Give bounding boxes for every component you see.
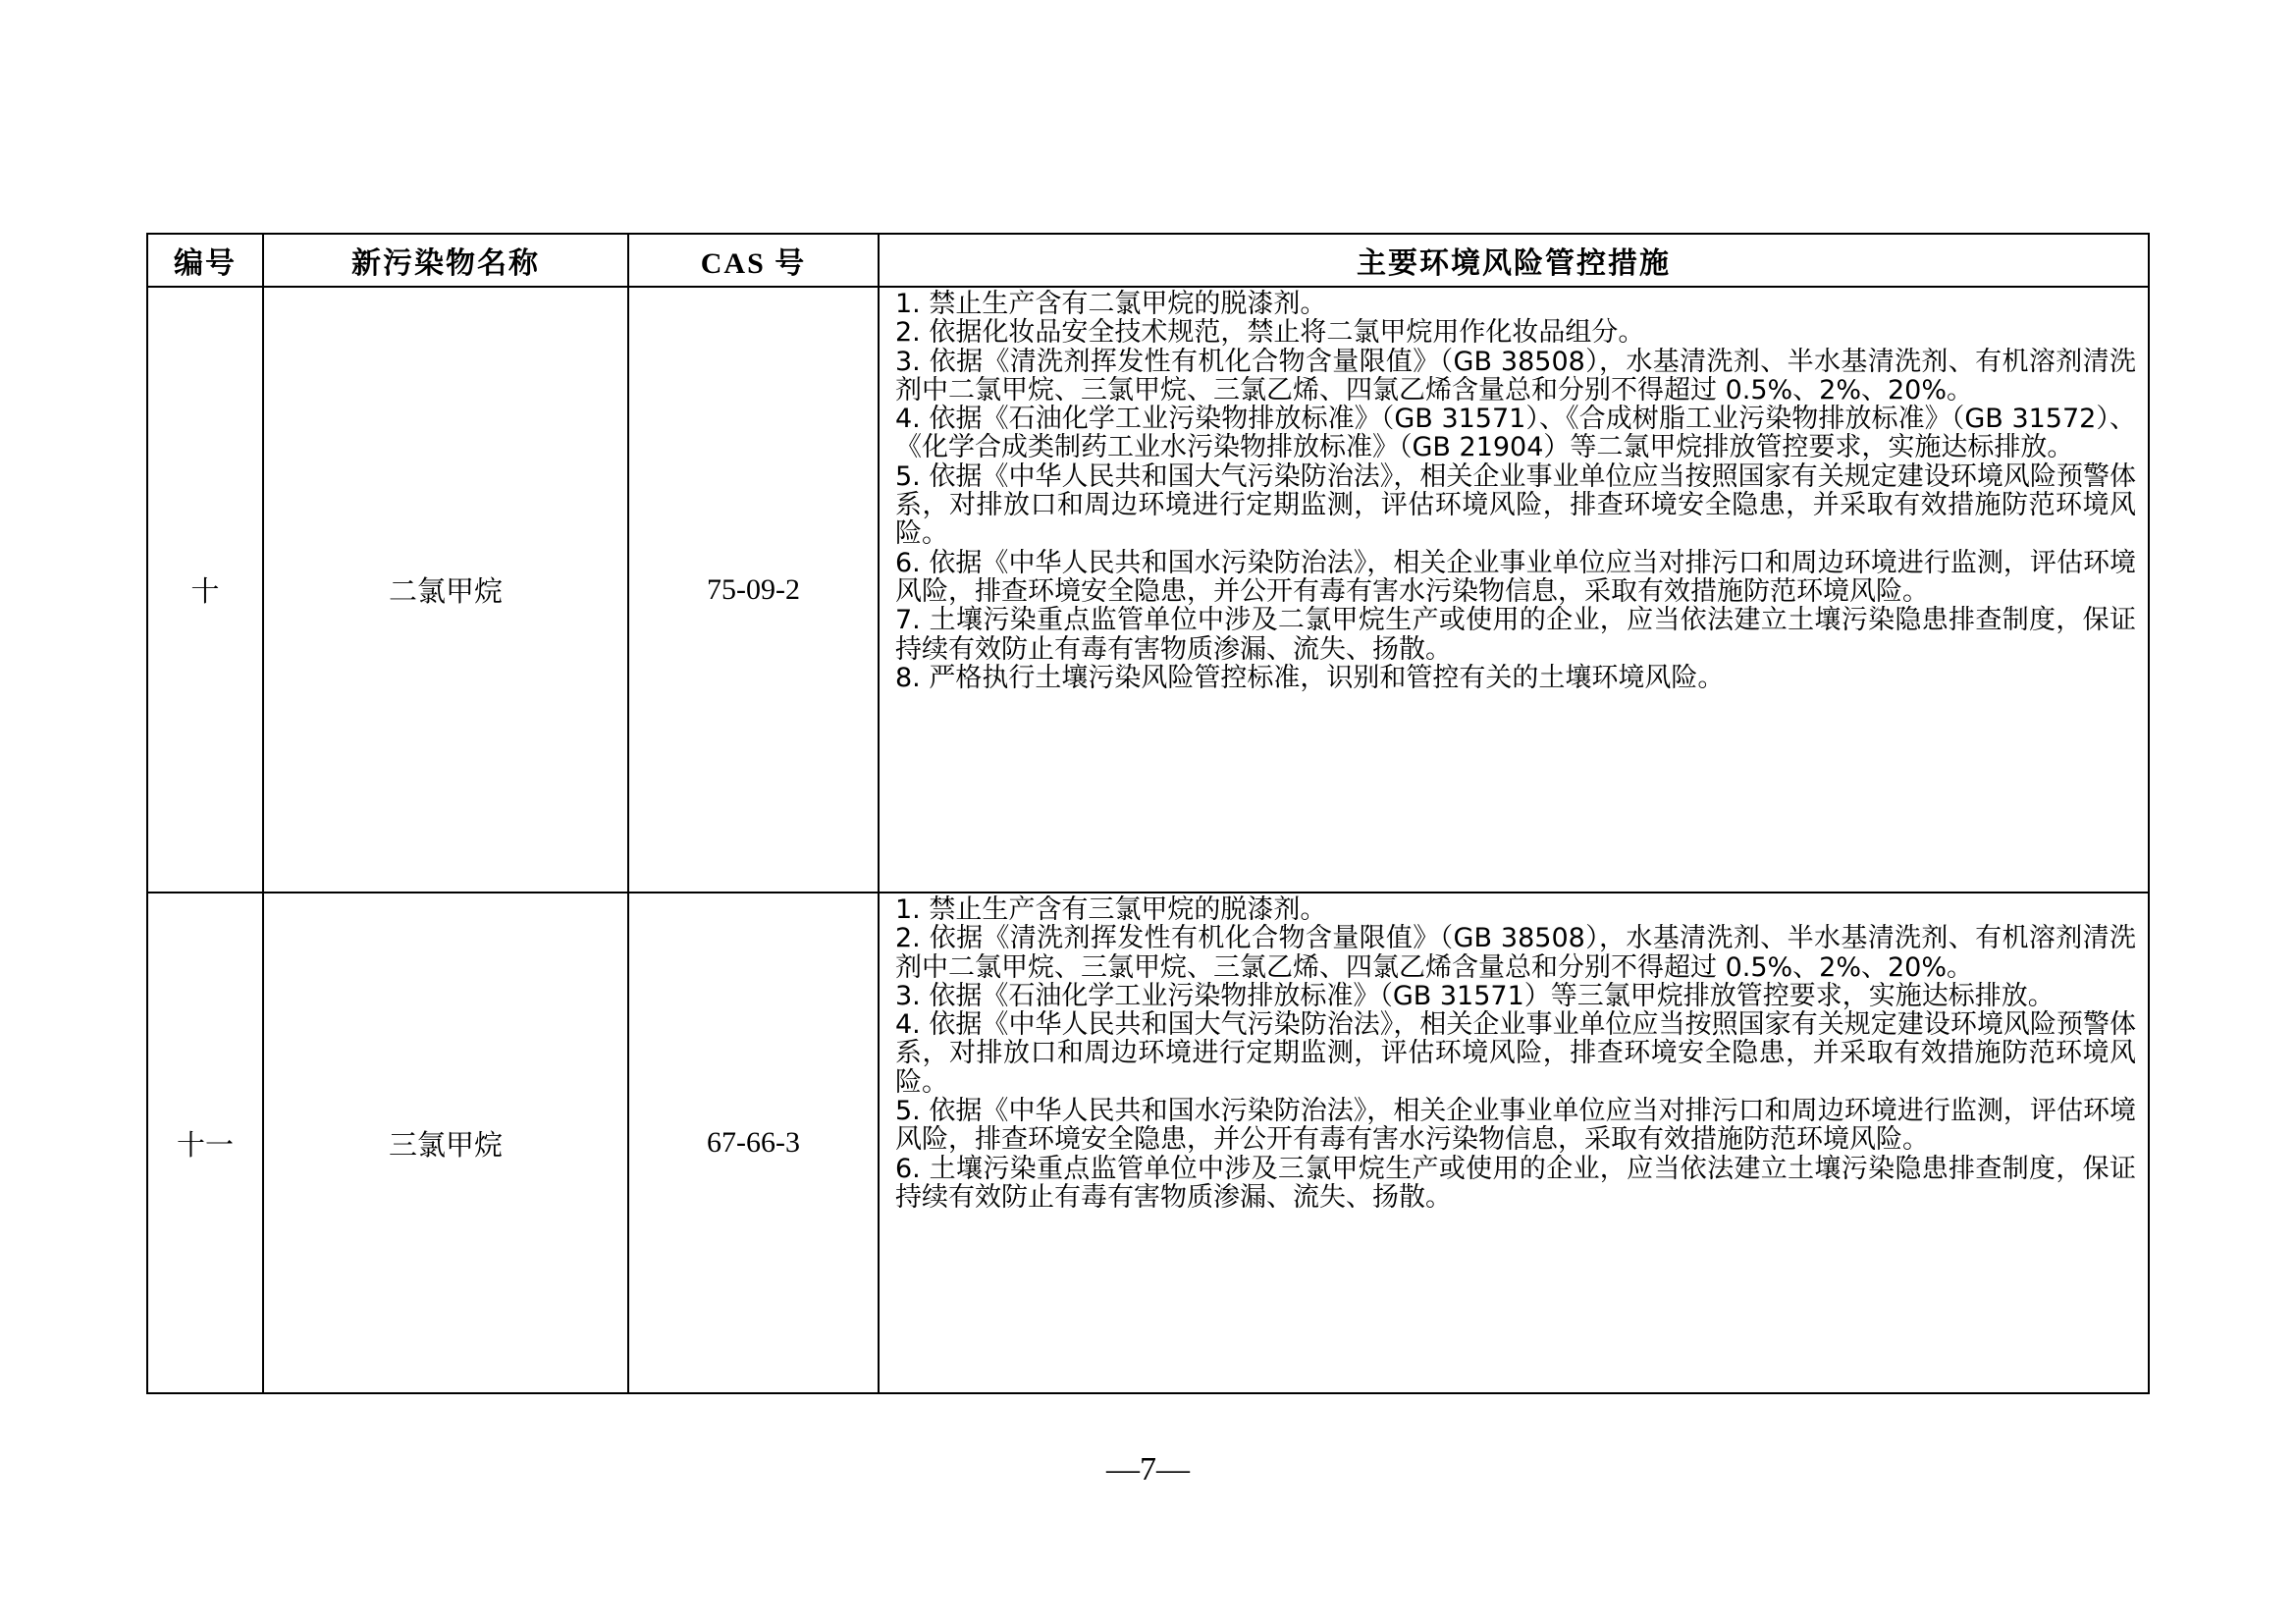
measure-item: 4. 依据《中华人民共和国大气污染防治法》，相关企业事业单位应当按照国家有关规定…: [895, 1010, 2136, 1097]
measure-item: 5. 依据《中华人民共和国水污染防治法》，相关企业事业单位应当对排污口和周边环境…: [895, 1097, 2136, 1155]
pollutant-name: 三氯甲烷: [263, 893, 628, 1393]
cas-number: 75-09-2: [628, 287, 879, 893]
measure-item: 1. 禁止生产含有二氯甲烷的脱漆剂。: [895, 290, 2136, 318]
page-number: —7—: [0, 1451, 2296, 1489]
header-cas-number: CAS 号: [628, 234, 879, 287]
header-pollutant-name: 新污染物名称: [263, 234, 628, 287]
measure-item: 8. 严格执行土壤污染风险管控标准，识别和管控有关的土壤环境风险。: [895, 664, 2136, 692]
header-number: 编号: [147, 234, 263, 287]
table-row: 十一 三氯甲烷 67-66-3 1. 禁止生产含有三氯甲烷的脱漆剂。 2. 依据…: [147, 893, 2149, 1393]
measure-item: 2. 依据《清洗剂挥发性有机化合物含量限值》（GB 38508），水基清洗剂、半…: [895, 924, 2136, 982]
measure-item: 1. 禁止生产含有三氯甲烷的脱漆剂。: [895, 895, 2136, 924]
pollutant-control-table: 编号 新污染物名称 CAS 号 主要环境风险管控措施 十 二氯甲烷 75-09-…: [146, 233, 2150, 1394]
measure-item: 4. 依据《石油化学工业污染物排放标准》（GB 31571）、《合成树脂工业污染…: [895, 405, 2136, 462]
row-number: 十一: [147, 893, 263, 1393]
control-measures: 1. 禁止生产含有三氯甲烷的脱漆剂。 2. 依据《清洗剂挥发性有机化合物含量限值…: [879, 893, 2149, 1393]
pollutant-name: 二氯甲烷: [263, 287, 628, 893]
header-control-measures: 主要环境风险管控措施: [879, 234, 2149, 287]
measure-item: 6. 依据《中华人民共和国水污染防治法》，相关企业事业单位应当对排污口和周边环境…: [895, 549, 2136, 607]
control-measures: 1. 禁止生产含有二氯甲烷的脱漆剂。 2. 依据化妆品安全技术规范，禁止将二氯甲…: [879, 287, 2149, 893]
measure-item: 6. 土壤污染重点监管单位中涉及三氯甲烷生产或使用的企业，应当依法建立土壤污染隐…: [895, 1155, 2136, 1213]
measure-item: 7. 土壤污染重点监管单位中涉及二氯甲烷生产或使用的企业，应当依法建立土壤污染隐…: [895, 606, 2136, 664]
row-number: 十: [147, 287, 263, 893]
measure-item: 3. 依据《清洗剂挥发性有机化合物含量限值》（GB 38508），水基清洗剂、半…: [895, 348, 2136, 406]
measure-item: 3. 依据《石油化学工业污染物排放标准》（GB 31571）等三氯甲烷排放管控要…: [895, 982, 2136, 1010]
measure-item: 2. 依据化妆品安全技术规范，禁止将二氯甲烷用作化妆品组分。: [895, 318, 2136, 347]
table-row: 十 二氯甲烷 75-09-2 1. 禁止生产含有二氯甲烷的脱漆剂。 2. 依据化…: [147, 287, 2149, 893]
measure-item: 5. 依据《中华人民共和国大气污染防治法》，相关企业事业单位应当按照国家有关规定…: [895, 462, 2136, 549]
table-header-row: 编号 新污染物名称 CAS 号 主要环境风险管控措施: [147, 234, 2149, 287]
cas-number: 67-66-3: [628, 893, 879, 1393]
